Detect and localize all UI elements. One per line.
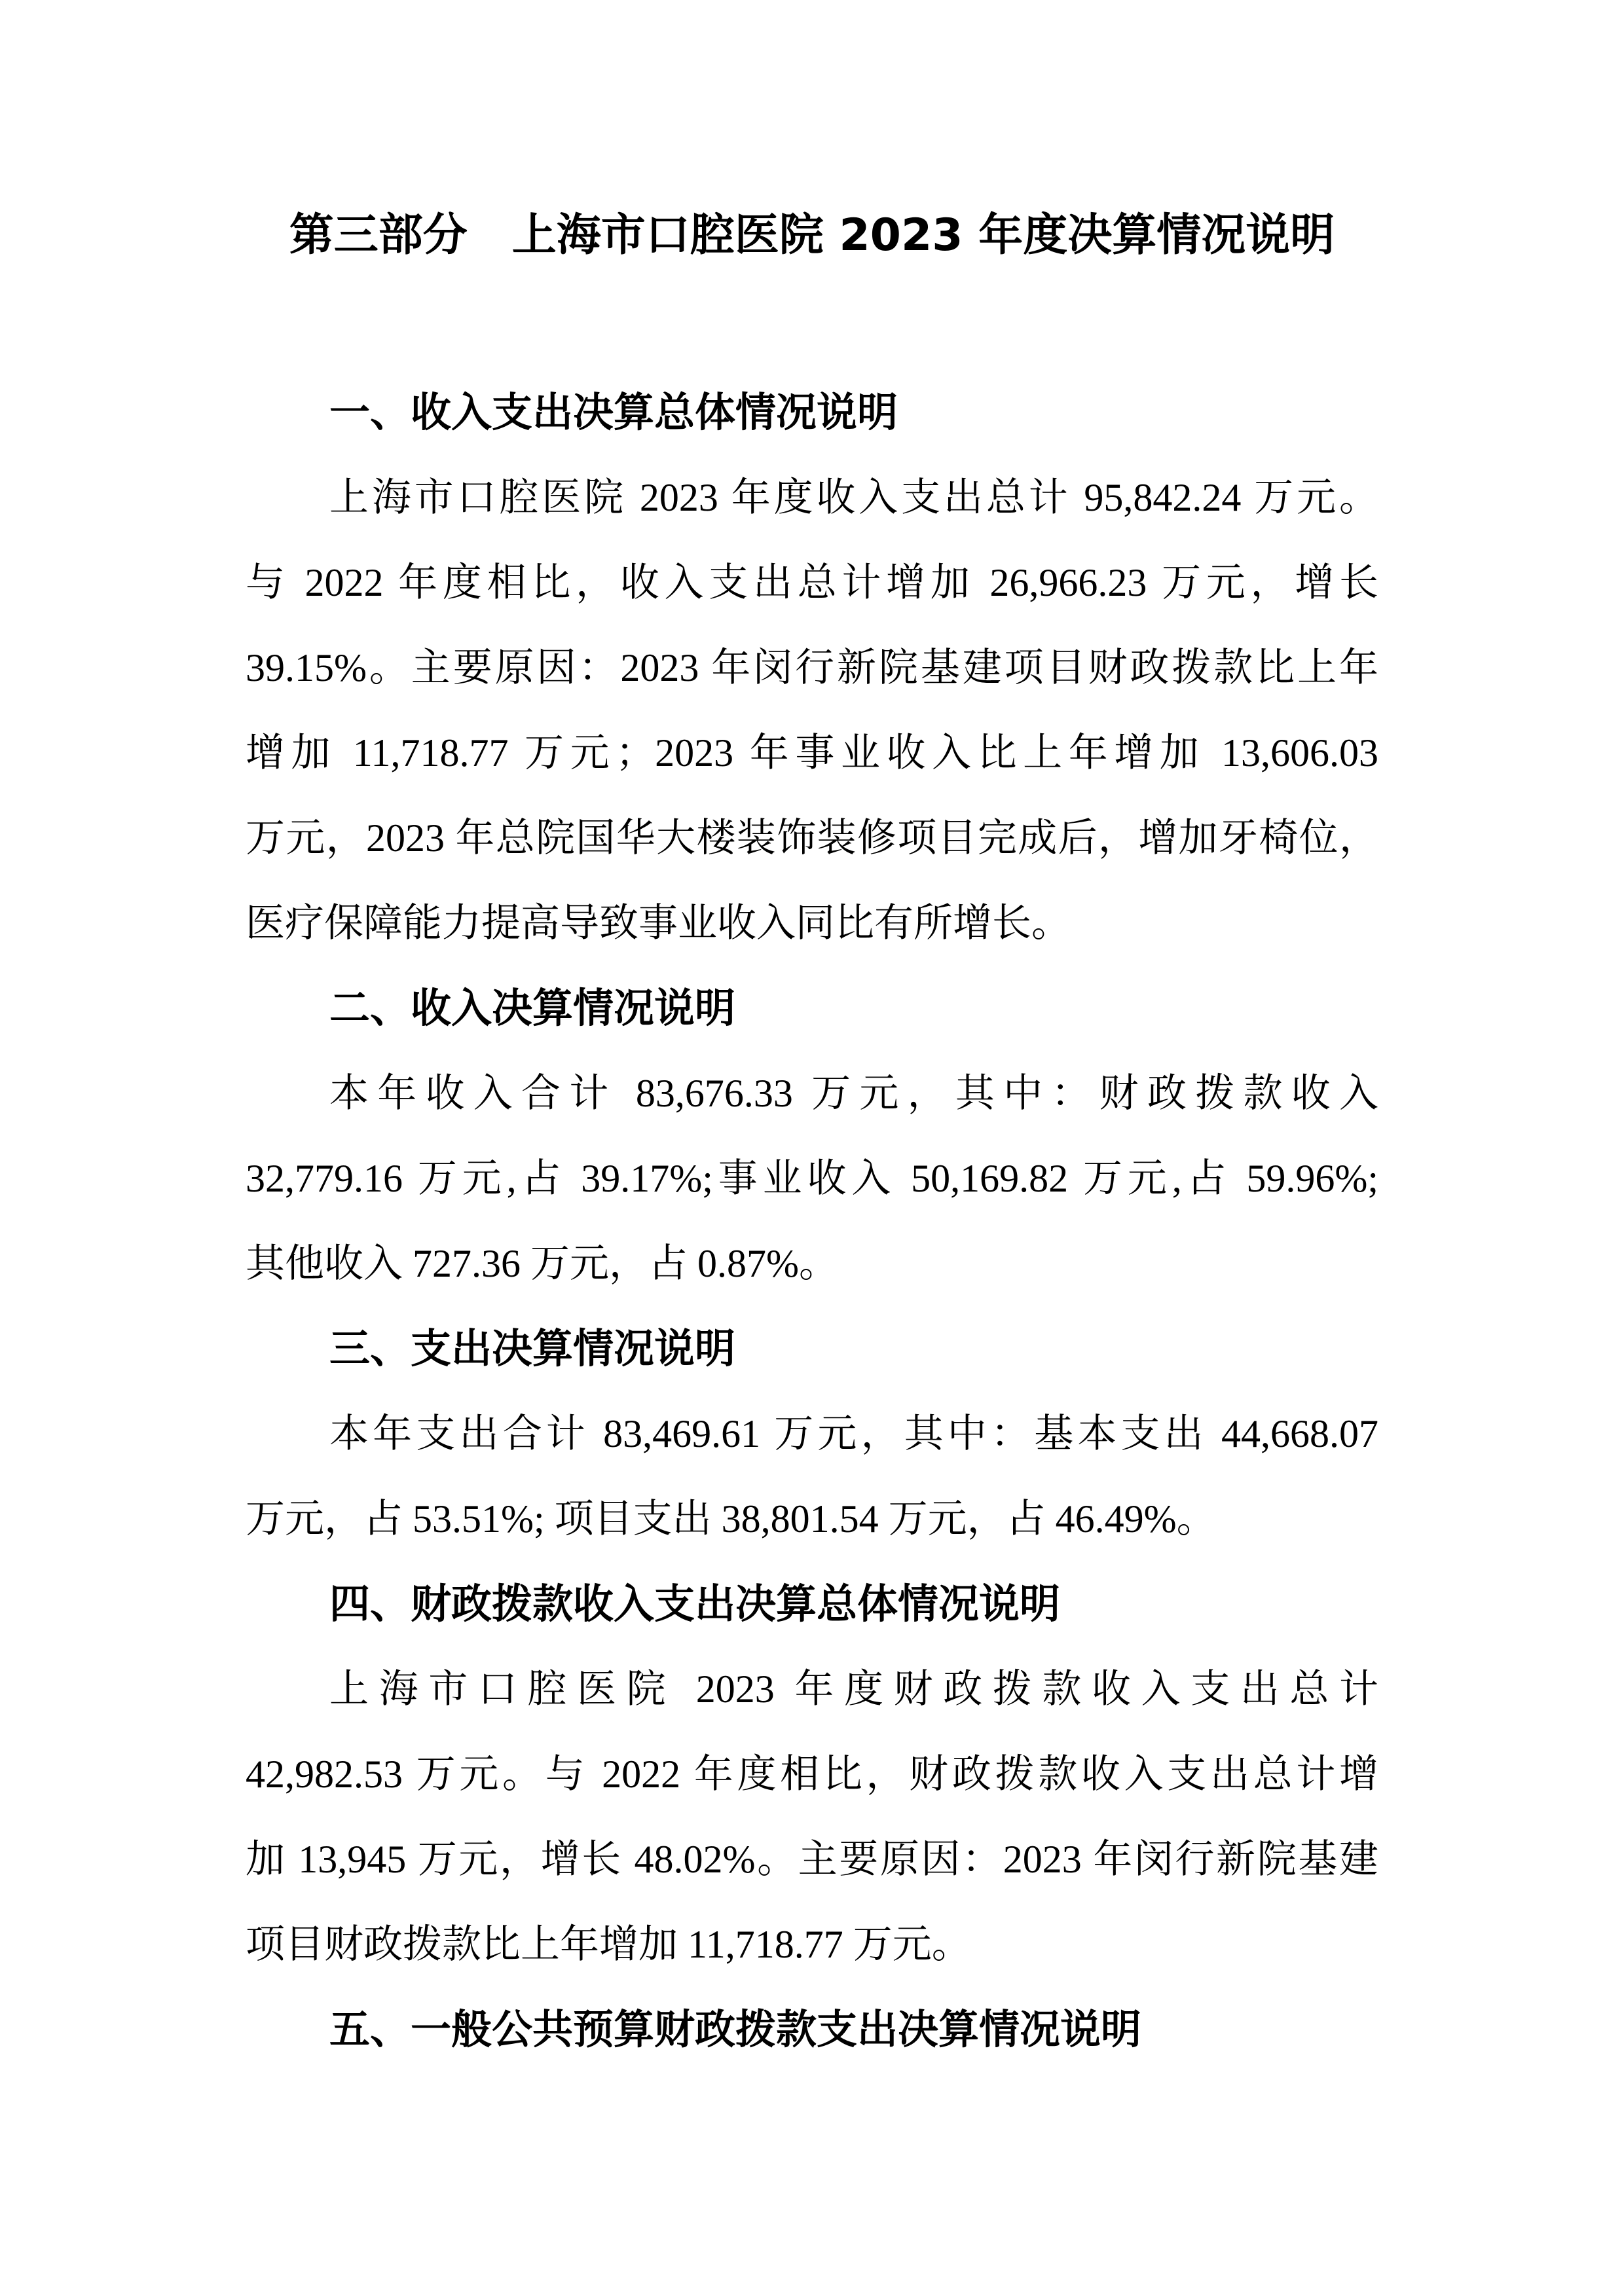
section-5-heading: 五、一般公共预算财政拨款支出决算情况说明 — [246, 1987, 1378, 2072]
section-3-line-2: 万元，占 53.51%; 项目支出 38,801.54 万元，占 46.49%。 — [246, 1476, 1378, 1561]
section-2-line-2: 32,779.16 万元,占 39.17%;事业收入 50,169.82 万元,… — [246, 1136, 1378, 1221]
section-2-heading: 二、收入决算情况说明 — [246, 966, 1378, 1051]
section-4-line-4: 项目财政拨款比上年增加 11,718.77 万元。 — [246, 1902, 1378, 1987]
document-title: 第三部分 上海市口腔医院 2023 年度决算情况说明 — [246, 193, 1378, 278]
section-1-line-5: 万元，2023 年总院国华大楼装饰装修项目完成后，增加牙椅位， — [246, 795, 1378, 881]
document-content: 第三部分 上海市口腔医院 2023 年度决算情况说明 一、收入支出决算总体情况说… — [246, 0, 1378, 2072]
section-1-heading: 一、收入支出决算总体情况说明 — [246, 370, 1378, 455]
section-4-line-1: 上海市口腔医院 2023 年度财政拨款收入支出总计 — [246, 1647, 1378, 1732]
section-4-line-3: 加 13,945 万元，增长 48.02%。主要原因：2023 年闵行新院基建 — [246, 1817, 1378, 1902]
section-4-heading: 四、财政拨款收入支出决算总体情况说明 — [246, 1561, 1378, 1647]
section-1-line-2: 与 2022 年度相比，收入支出总计增加 26,966.23 万元，增长 — [246, 540, 1378, 625]
section-1-line-3: 39.15%。主要原因：2023 年闵行新院基建项目财政拨款比上年 — [246, 625, 1378, 710]
title-gap — [246, 278, 1378, 370]
section-3-heading: 三、支出决算情况说明 — [246, 1306, 1378, 1391]
section-4-line-2: 42,982.53 万元。与 2022 年度相比，财政拨款收入支出总计增 — [246, 1732, 1378, 1817]
section-2-line-1: 本年收入合计 83,676.33 万元，其中：财政拨款收入 — [246, 1051, 1378, 1136]
section-1-line-1: 上海市口腔医院 2023 年度收入支出总计 95,842.24 万元。 — [246, 455, 1378, 540]
section-1-line-4: 增加 11,718.77 万元；2023 年事业收入比上年增加 13,606.0… — [246, 710, 1378, 795]
section-2-line-3: 其他收入 727.36 万元，占 0.87%。 — [246, 1221, 1378, 1306]
document-page: 第三部分 上海市口腔医院 2023 年度决算情况说明 一、收入支出决算总体情况说… — [0, 0, 1624, 2296]
section-3-line-1: 本年支出合计 83,469.61 万元，其中：基本支出 44,668.07 — [246, 1391, 1378, 1476]
section-1-line-6: 医疗保障能力提高导致事业收入同比有所增长。 — [246, 881, 1378, 966]
